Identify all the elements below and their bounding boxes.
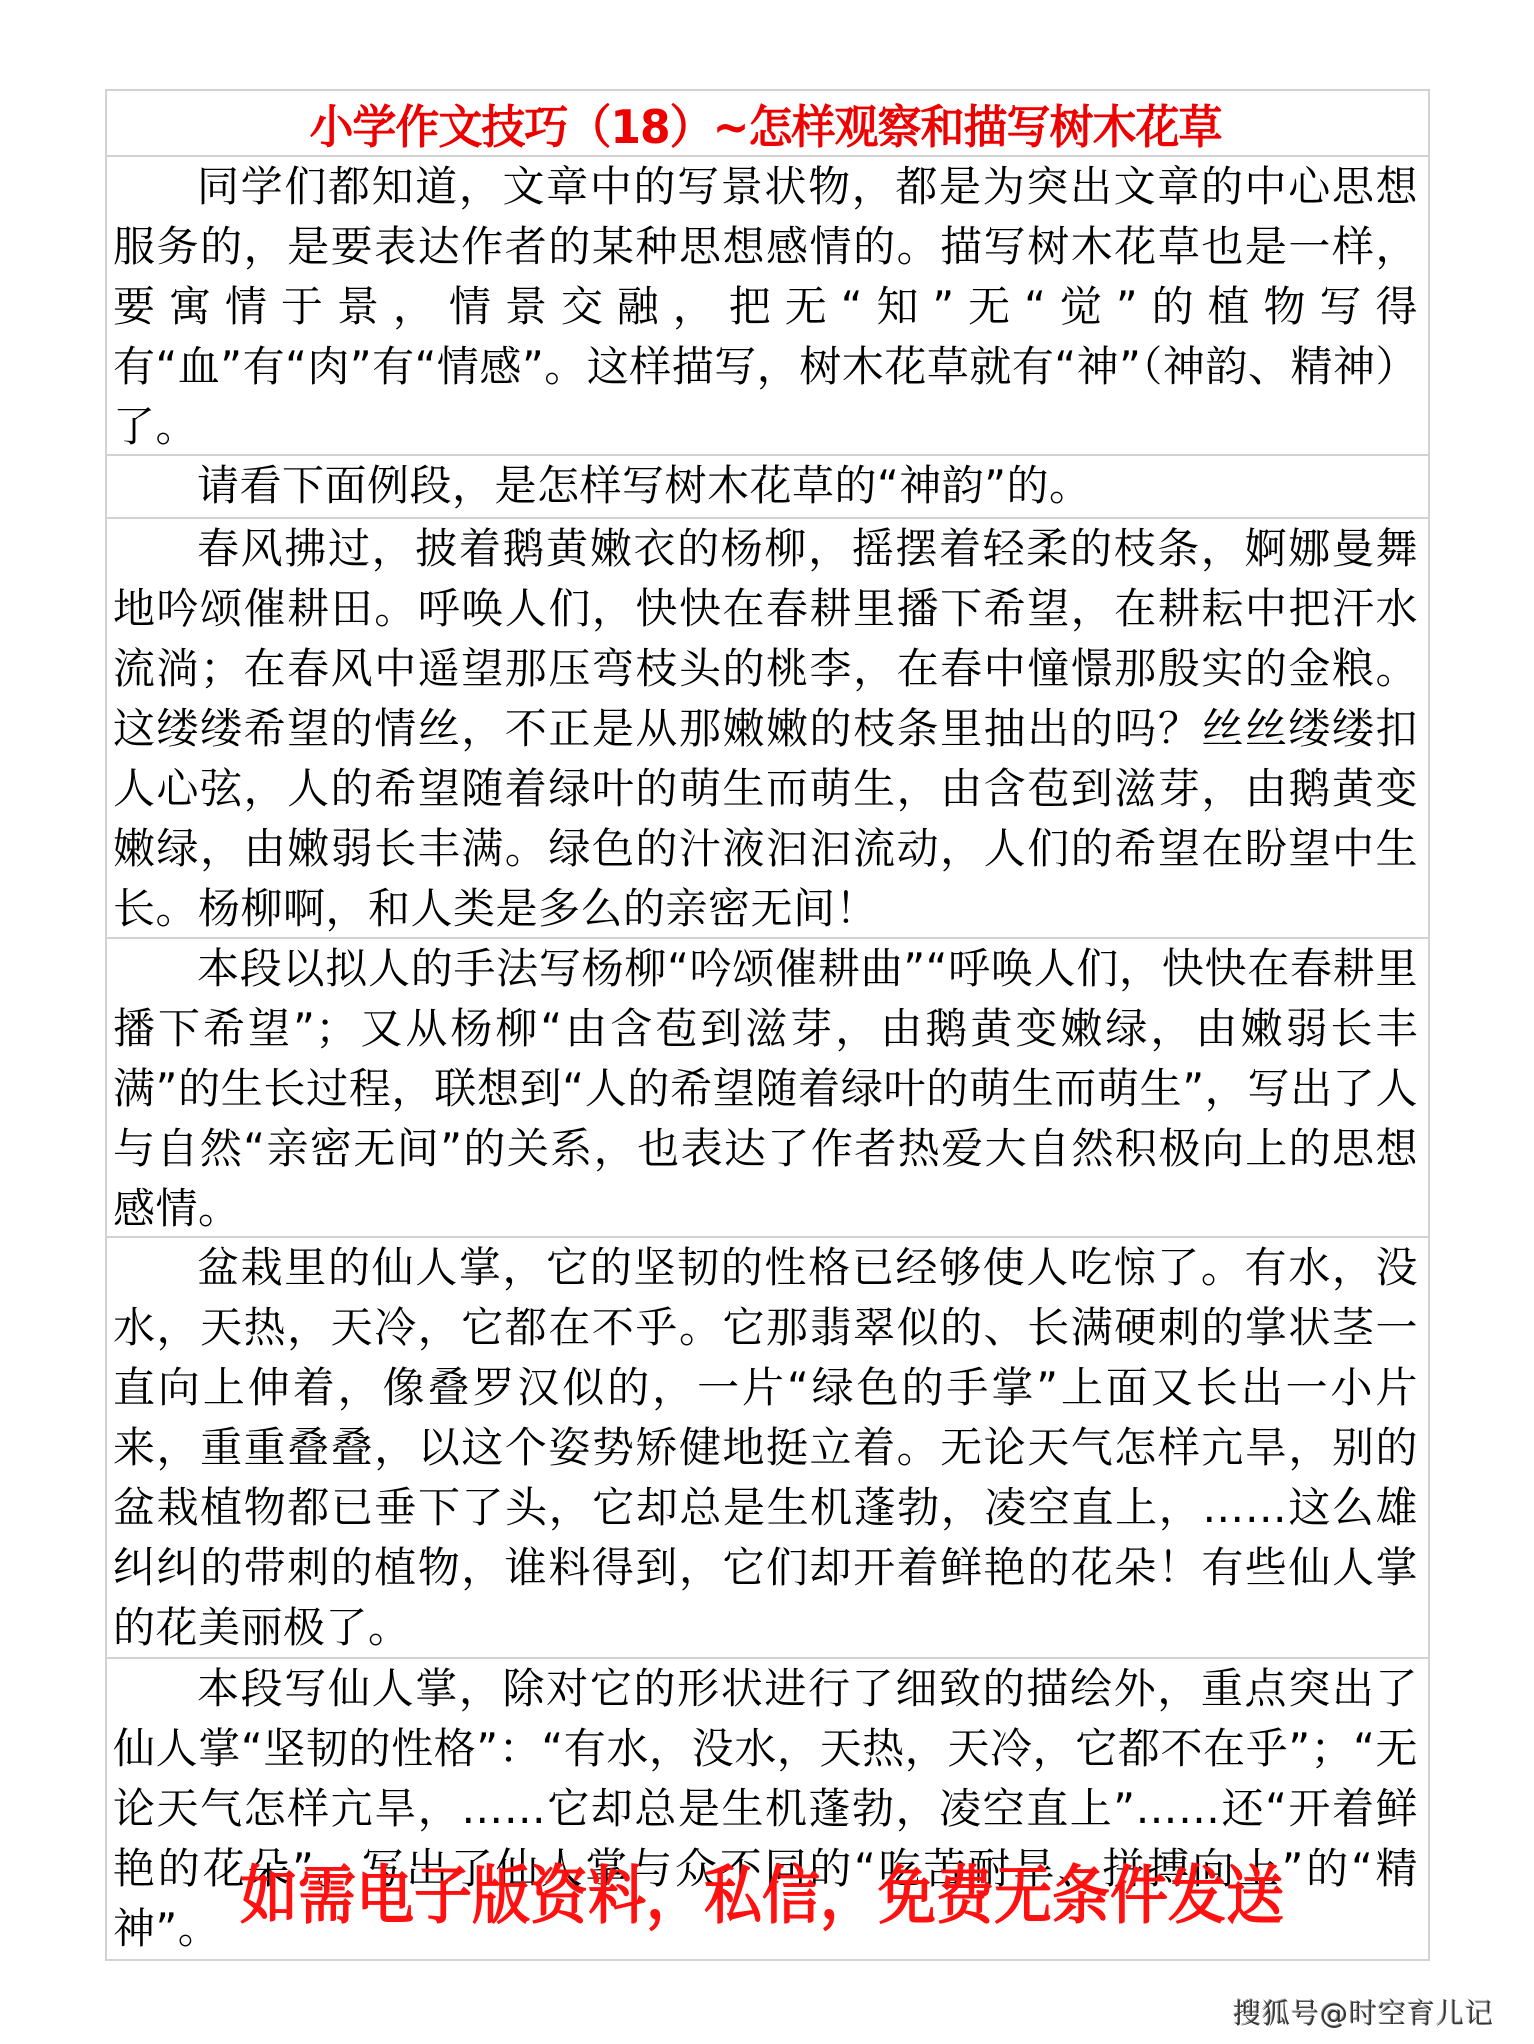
paragraph-cactus-example: 盆栽里的仙人掌，它的坚韧的性格已经够使人吃惊了。有水，没水，天热，天冷，它都在不… [113,1238,1418,1658]
paragraph-row-prompt: 请看下面例段，是怎样写树木花草的“神韵”的。 [107,456,1428,519]
promo-overlay-text: 如需电子版资料，私信，免费无条件发送 [240,1844,1284,1936]
paragraph-row-willow-analysis: 本段以拟人的手法写杨柳“吟颂催耕曲”“呼唤人们，快快在春耕里播下希望”；又从杨柳… [107,939,1428,1238]
paragraph-row-cactus-example: 盆栽里的仙人掌，它的坚韧的性格已经够使人吃惊了。有水，没水，天热，天冷，它都在不… [107,1238,1428,1659]
paragraph-prompt: 请看下面例段，是怎样写树木花草的“神韵”的。 [113,456,1418,516]
paragraph-willow-analysis: 本段以拟人的手法写杨柳“吟颂催耕曲”“呼唤人们，快快在春耕里播下希望”；又从杨柳… [113,939,1418,1238]
paragraph-row-intro: 同学们都知道，文章中的写景状物，都是为突出文章的中心思想服务的，是要表达作者的某… [107,157,1428,456]
paragraph-row-willow-example: 春风拂过，披着鹅黄嫩衣的杨柳，摇摆着轻柔的枝条，婀娜曼舞地吟颂催耕田。呼唤人们，… [107,519,1428,939]
paragraph-willow-example: 春风拂过，披着鹅黄嫩衣的杨柳，摇摆着轻柔的枝条，婀娜曼舞地吟颂催耕田。呼唤人们，… [113,519,1418,939]
source-watermark: 搜狐号@时空育儿记 [1233,1992,1494,2032]
document-table: 小学作文技巧（18）~怎样观察和描写树木花草 同学们都知道，文章中的写景状物，都… [105,89,1430,1961]
paragraph-intro: 同学们都知道，文章中的写景状物，都是为突出文章的中心思想服务的，是要表达作者的某… [113,157,1418,456]
document-title: 小学作文技巧（18）~怎样观察和描写树木花草 [309,91,1221,157]
title-row: 小学作文技巧（18）~怎样观察和描写树木花草 [107,91,1428,157]
